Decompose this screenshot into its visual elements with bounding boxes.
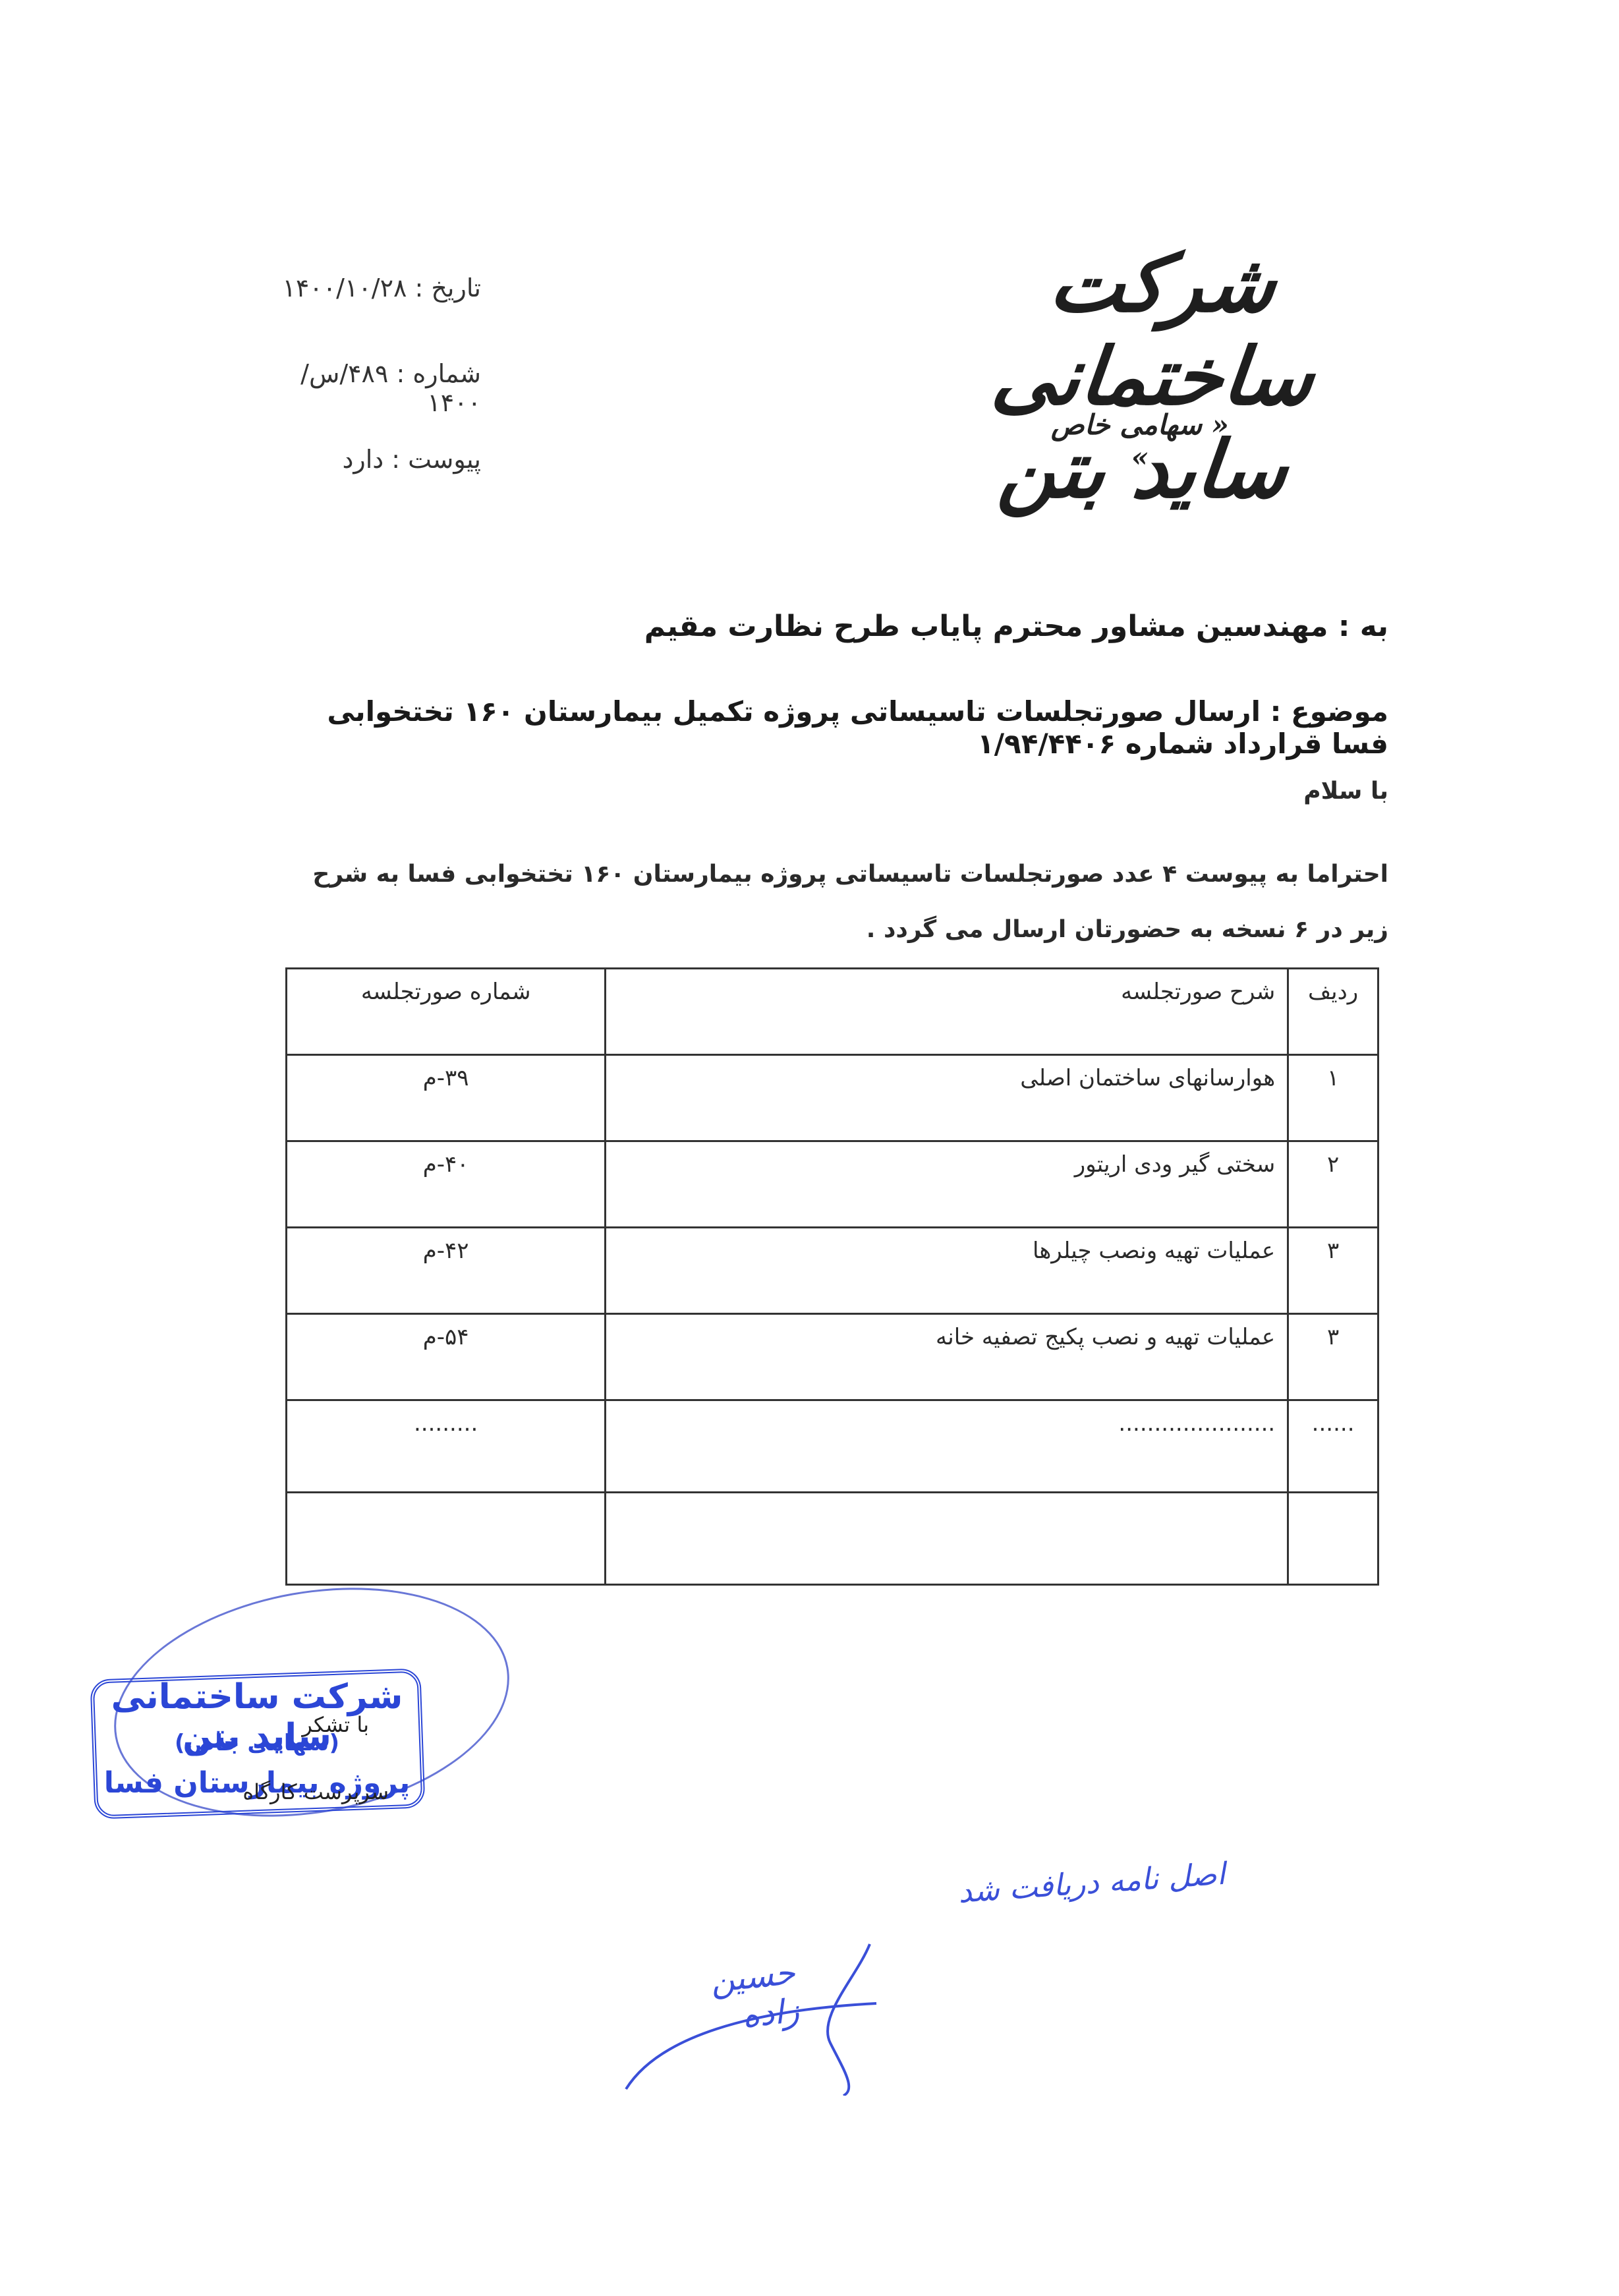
closing-signatory-title: سرپرست کارگاه (204, 1779, 389, 1804)
row-index: ۳ (1288, 1228, 1378, 1314)
company-logo-title: شرکت ساختمانی ساید بتن (901, 237, 1405, 516)
company-type: « سهامی خاص » (1041, 409, 1239, 473)
row-number: ۴۲-م (287, 1228, 606, 1314)
row-description: هوارسانهای ساختمان اصلی (606, 1055, 1288, 1141)
recipient-line: به : مهندسین مشاور محترم پایاب طرح نظارت… (268, 610, 1388, 643)
row-index: ...... (1288, 1400, 1378, 1493)
signature-stroke-icon (619, 1937, 949, 2096)
minutes-table: ردیف شرح صورتجلسه شماره صورتجلسه ۱ هوارس… (285, 967, 1379, 1586)
row-number: ۳۹-م (287, 1055, 606, 1141)
letter-number: شماره : ۴۸۹/س/۱۴۰۰ (250, 359, 481, 417)
table-row: ۳ عملیات تهیه و نصب پکیج تصفیه خانه ۵۴-م (287, 1314, 1378, 1400)
header-description: شرح صورتجلسه (606, 969, 1288, 1055)
row-description: عملیات تهیه و نصب پکیج تصفیه خانه (606, 1314, 1288, 1400)
row-index: ۳ (1288, 1314, 1378, 1400)
header-index: ردیف (1288, 969, 1378, 1055)
row-number: ......... (287, 1400, 606, 1493)
body-paragraph: احتراما به پیوست ۴ عدد صورتجلسات تاسیسات… (268, 847, 1388, 958)
row-index (1288, 1493, 1378, 1585)
table-header-row: ردیف شرح صورتجلسه شماره صورتجلسه (287, 969, 1378, 1055)
recipient-label: به (1360, 610, 1388, 643)
attachment-value: دارد (342, 445, 383, 474)
row-index: ۱ (1288, 1055, 1378, 1141)
recipient-value: مهندسین مشاور محترم پایاب طرح نظارت مقیم (644, 610, 1328, 643)
row-description (606, 1493, 1288, 1585)
letter-attachment: پیوست : دارد (250, 445, 481, 474)
greeting: با سلام (993, 778, 1388, 805)
subject-value: ارسال صورتجلسات تاسیساتی پروژه تکمیل بیم… (327, 695, 1388, 760)
row-description: ...................... (606, 1400, 1288, 1493)
table-row (287, 1493, 1378, 1585)
row-description: سختی گیر ودی اریتور (606, 1141, 1288, 1228)
attachment-label: پیوست (408, 445, 481, 474)
table-row: ۳ عملیات تهیه ونصب چیلرها ۴۲-م (287, 1228, 1378, 1314)
table-row: ...... ...................... ......... (287, 1400, 1378, 1493)
number-label: شماره (412, 359, 481, 388)
date-label: تاریخ (431, 273, 481, 302)
row-description: عملیات تهیه ونصب چیلرها (606, 1228, 1288, 1314)
row-number: ۴۰-م (287, 1141, 606, 1228)
row-number: ۵۴-م (287, 1314, 606, 1400)
subject-line: موضوع : ارسال صورتجلسات تاسیساتی پروژه ت… (268, 695, 1388, 760)
closing-thanks: با تشکر (237, 1712, 369, 1737)
table-row: ۱ هوارسانهای ساختمان اصلی ۳۹-م (287, 1055, 1378, 1141)
row-number (287, 1493, 606, 1585)
letter-date: تاریخ : ۱۴۰۰/۱۰/۲۸ (250, 273, 481, 302)
subject-label: موضوع (1291, 695, 1388, 728)
date-value: ۱۴۰۰/۱۰/۲۸ (283, 273, 407, 302)
handwritten-receipt-note: اصل نامه دریافت شد (764, 1856, 1226, 1924)
table-row: ۲ سختی گیر ودی اریتور ۴۰-م (287, 1141, 1378, 1228)
row-index: ۲ (1288, 1141, 1378, 1228)
header-number: شماره صورتجلسه (287, 969, 606, 1055)
